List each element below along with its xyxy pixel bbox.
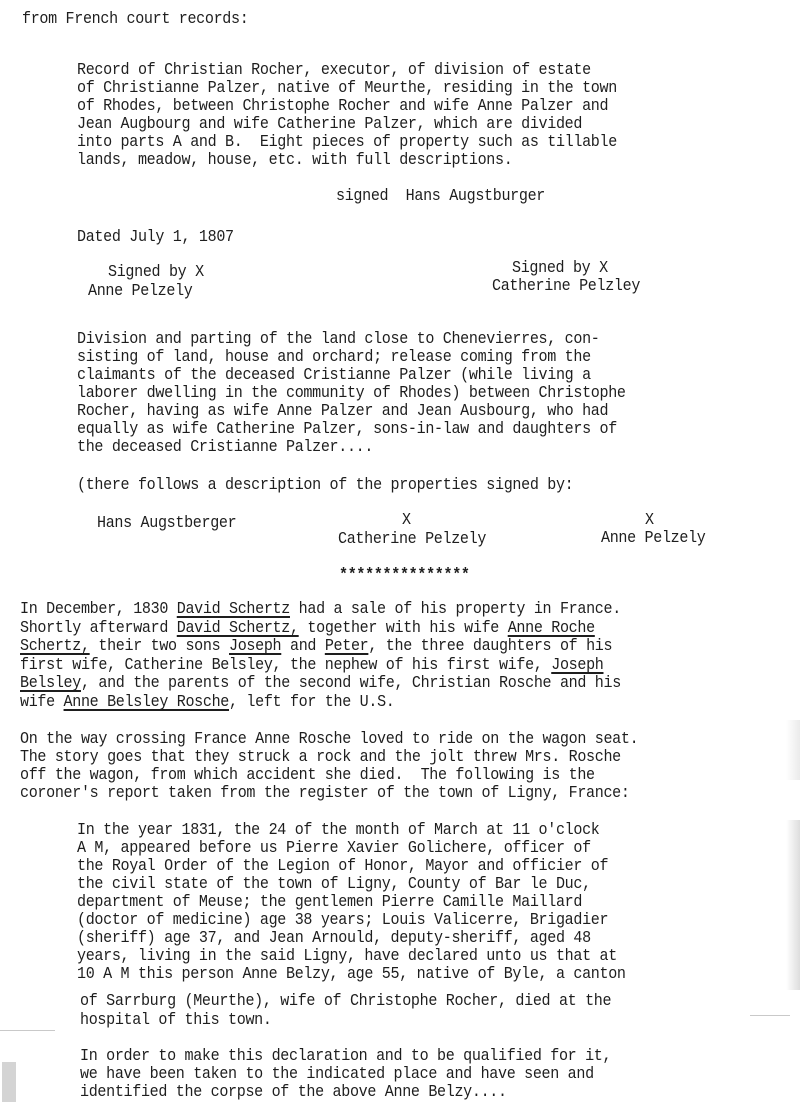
signer-name: Catherine Pelzely <box>338 530 486 549</box>
dated-line: Dated July 1, 1807 <box>77 228 234 247</box>
text-line: off the wagon, from which accident she d… <box>20 766 595 785</box>
signed-line: signed Hans Augstburger <box>336 187 545 206</box>
text-line: of Sarrburg (Meurthe), wife of Christoph… <box>80 992 611 1011</box>
underlined-name: Schertz, <box>20 637 90 655</box>
scan-line <box>0 1030 55 1031</box>
scan-shadow <box>786 820 800 990</box>
text-line: In the year 1831, the 24 of the month of… <box>77 821 600 840</box>
text-line: department of Meuse; the gentlemen Pierr… <box>77 893 582 912</box>
underlined-name: Anne Roche <box>508 619 595 637</box>
signature-name: Anne Pelzely <box>88 282 193 301</box>
text-line: hospital of this town. <box>80 1011 272 1030</box>
text-line: coroner's report taken from the register… <box>20 784 630 803</box>
text-line: (doctor of medicine) age 38 years; Louis… <box>77 911 608 930</box>
text-line: Schertz, their two sons Joseph and Peter… <box>20 637 612 656</box>
underlined-name: Belsley <box>20 674 81 692</box>
text-line: A M, appeared before us Pierre Xavier Go… <box>77 839 591 858</box>
underlined-name: Anne Belsley Rosche <box>64 693 229 711</box>
signature-name: Catherine Pelzley <box>492 277 640 296</box>
underlined-name: David Schertz, <box>177 619 299 637</box>
text-line: The story goes that they struck a rock a… <box>20 748 621 767</box>
text-line: laborer dwelling in the community of Rho… <box>77 384 626 403</box>
signer-mark: X <box>402 511 411 530</box>
scan-line <box>750 1015 790 1016</box>
text-line: claimants of the deceased Cristianne Pal… <box>77 366 591 385</box>
underlined-name: Joseph <box>551 656 603 674</box>
text-line: On the way crossing France Anne Rosche l… <box>20 730 638 749</box>
text-line: wife Anne Belsley Rosche, left for the U… <box>20 693 394 712</box>
text-line: Record of Christian Rocher, executor, of… <box>77 61 591 80</box>
separator: *************** <box>339 566 470 585</box>
text-line: Jean Augbourg and wife Catherine Palzer,… <box>77 115 582 134</box>
text-line: of Christianne Palzer, native of Meurthe… <box>77 79 617 98</box>
text-line: of Rhodes, between Christophe Rocher and… <box>77 97 608 116</box>
signer-name: Anne Pelzely <box>601 529 706 548</box>
scan-shadow <box>2 1062 16 1102</box>
text-line: first wife, Catherine Belsley, the nephe… <box>20 656 603 675</box>
text-line: into parts A and B. Eight pieces of prop… <box>77 133 617 152</box>
text-line: Division and parting of the land close t… <box>77 330 600 349</box>
source-heading: from French court records: <box>22 10 248 29</box>
text-line: 10 A M this person Anne Belzy, age 55, n… <box>77 965 626 984</box>
underlined-name: Joseph <box>229 637 281 655</box>
text-line: equally as wife Catherine Palzer, sons-i… <box>77 420 617 439</box>
signer-mark: X <box>645 511 654 530</box>
text-line: the civil state of the town of Ligny, Co… <box>77 875 591 894</box>
text-line: the deceased Cristianne Palzer.... <box>77 438 373 457</box>
text-line: sisting of land, house and orchard; rele… <box>77 348 591 367</box>
signature-mark: Signed by X <box>512 259 608 278</box>
text-line: years, living in the said Ligny, have de… <box>77 947 617 966</box>
text-line: lands, meadow, house, etc. with full des… <box>77 151 512 170</box>
text-line: Rocher, having as wife Anne Palzer and J… <box>77 402 608 421</box>
signer-name: Hans Augstberger <box>97 514 236 533</box>
underlined-name: Peter <box>325 637 369 655</box>
text-line: Shortly afterward David Schertz, togethe… <box>20 619 595 638</box>
underlined-name: David Schertz <box>177 600 290 618</box>
signature-mark: Signed by X <box>108 263 204 282</box>
text-line: In order to make this declaration and to… <box>80 1047 611 1066</box>
follows-line: (there follows a description of the prop… <box>77 476 573 495</box>
text-line: identified the corpse of the above Anne … <box>80 1083 507 1102</box>
scan-shadow <box>786 720 800 780</box>
text-line: (sheriff) age 37, and Jean Arnould, depu… <box>77 929 591 948</box>
text-line: the Royal Order of the Legion of Honor, … <box>77 857 608 876</box>
text-line: we have been taken to the indicated plac… <box>80 1065 594 1084</box>
text-line: In December, 1830 David Schertz had a sa… <box>20 600 621 619</box>
text-line: Belsley, and the parents of the second w… <box>20 674 621 693</box>
